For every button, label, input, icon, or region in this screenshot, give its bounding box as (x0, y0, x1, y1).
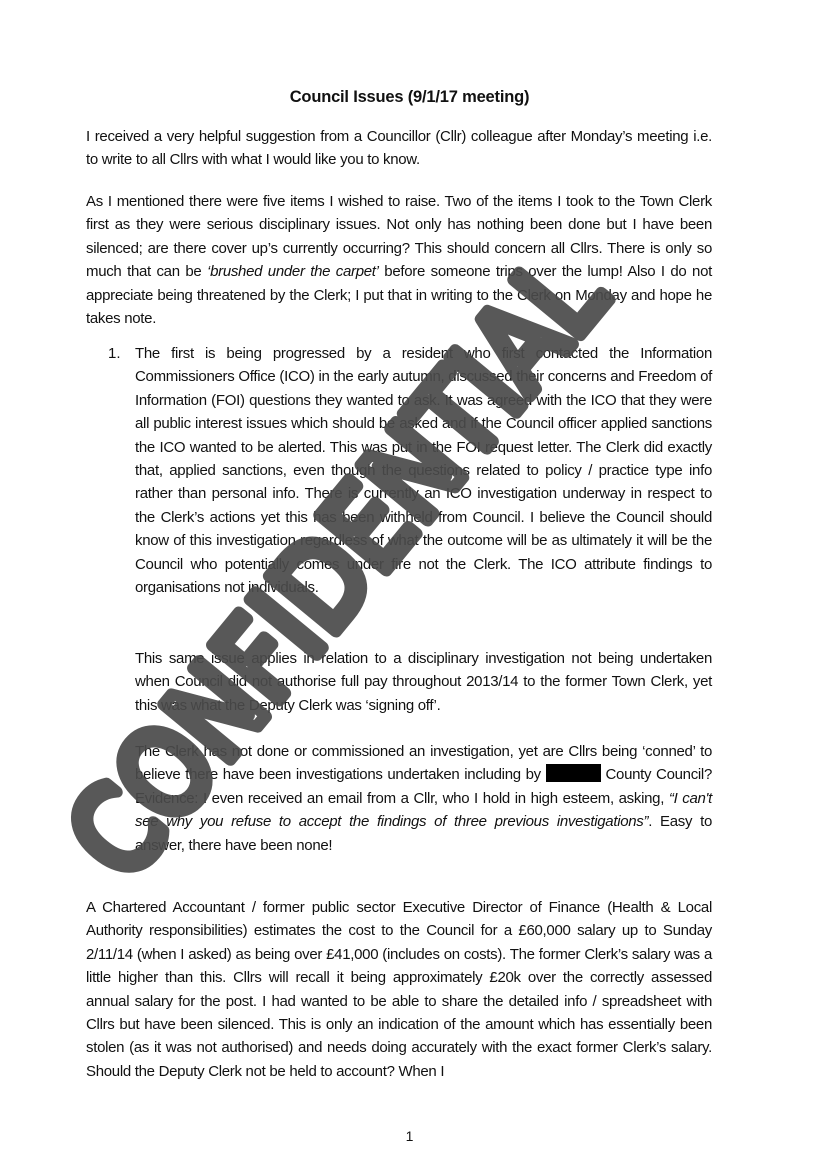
background-emphasis: ‘brushed under the carpet’ (207, 263, 379, 280)
background-paragraph: As I mentioned there were five items I w… (86, 190, 712, 330)
finance-paragraph: A Chartered Accountant / former public s… (86, 896, 712, 1083)
intro-paragraph: I received a very helpful suggestion fro… (86, 125, 712, 172)
item1-paragraph: The first is being progressed by a resid… (135, 342, 712, 599)
redaction-box (546, 764, 601, 782)
item1-followup-paragraph: This same issue applies in relation to a… (135, 647, 712, 717)
document-page: Council Issues (9/1/17 meeting) I receiv… (0, 0, 819, 1161)
document-title: Council Issues (9/1/17 meeting) (0, 88, 819, 107)
list-item-number: 1. (108, 342, 121, 365)
item1-clerk-paragraph: The Clerk has not done or commissioned a… (135, 740, 712, 857)
page-number: 1 (0, 1128, 819, 1144)
